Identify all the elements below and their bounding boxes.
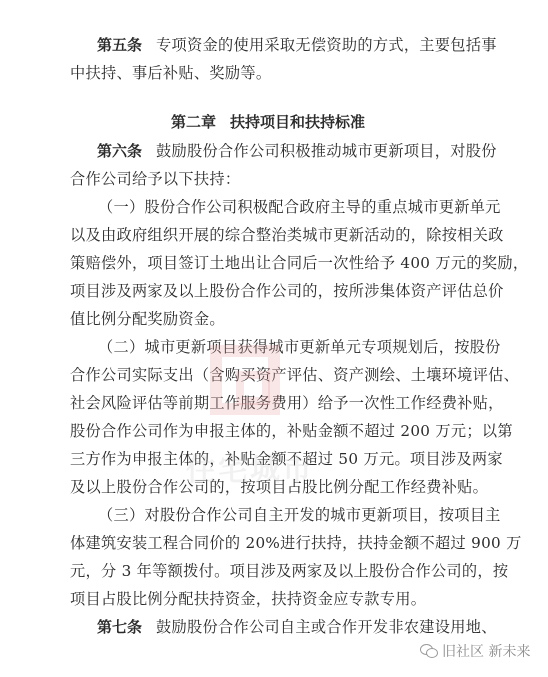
item-2-line-4: 股份合作公司作为申报主体的，补贴金额不超过 200 万元；以第 <box>70 421 466 441</box>
watermark-center-text: 住宅城市 <box>186 445 314 489</box>
article-6-label: 第六条 <box>97 142 142 160</box>
article-6-line-2: 合作公司给予以下扶持： <box>70 169 466 189</box>
wechat-icon <box>420 644 438 658</box>
article-6-line-1: 第六条鼓励股份合作公司积极推动城市更新项目，对股份 <box>97 141 466 161</box>
item-3-line-2: 体建筑安装工程合同价的 20%进行扶持，扶持金额不超过 900 万 <box>70 533 466 553</box>
watermark-corner-text: 旧社区 新未来 <box>442 641 530 661</box>
watermark-corner: 旧社区 新未来 <box>420 641 530 661</box>
article-5-line-1: 第五条专项资金的使用采取无偿资助的方式，主要包括事 <box>97 35 466 55</box>
item-1-line-3: 策赔偿外，项目签订土地出让合同后一次性给予 400 万元的奖励， <box>70 253 466 273</box>
item-3-line-3: 元，分 3 年等额拨付。项目涉及两家及以上股份合作公司的，按 <box>70 561 466 581</box>
article-7-line-1: 第七条鼓励股份合作公司自主或合作开发非农建设用地、 <box>97 617 466 637</box>
chapter-title: 扶持项目和扶持标准 <box>230 113 365 131</box>
item-1-line-5: 值比例分配奖励资金。 <box>70 309 466 329</box>
item-3-line-1: （三）对股份合作公司自主开发的城市更新项目，按项目主 <box>98 505 466 525</box>
chapter-heading: 第二章扶持项目和扶持标准 <box>70 112 466 132</box>
item-1-line-4: 项目涉及两家及以上股份合作公司的，按所涉集体资产评估总价 <box>70 281 466 301</box>
article-5-label: 第五条 <box>97 36 142 54</box>
item-1-line-1: （一）股份合作公司积极配合政府主导的重点城市更新单元 <box>98 197 466 217</box>
watermark-logo-icon <box>210 345 280 415</box>
article-7-label: 第七条 <box>97 618 142 636</box>
item-2-line-1: （二）城市更新项目获得城市更新单元专项规划后，按股份 <box>98 337 466 357</box>
item-3-line-4: 项目占股比例分配扶持资金，扶持资金应专款专用。 <box>70 589 466 609</box>
item-1-line-2: 以及由政府组织开展的综合整治类城市更新活动的，除按相关政 <box>70 225 466 245</box>
article-5-line-2: 中扶持、事后补贴、奖励等。 <box>70 63 466 83</box>
chapter-number: 第二章 <box>171 113 216 131</box>
